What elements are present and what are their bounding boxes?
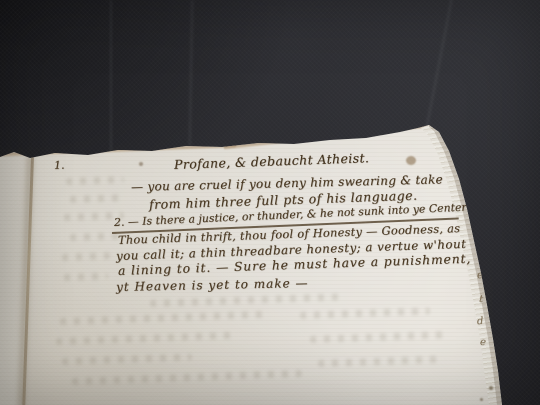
- bleed-through-line: [62, 252, 110, 261]
- deckle-edge: [224, 123, 437, 150]
- item-number: 1.: [54, 159, 65, 172]
- bleed-through-line: [70, 194, 124, 203]
- cloth-crease: [110, 0, 112, 152]
- bleed-through-line: [66, 176, 124, 185]
- bleed-through-line: [64, 272, 108, 281]
- bleed-through-line: [310, 331, 450, 343]
- bleed-through-line: [60, 311, 270, 325]
- ink-stain: [406, 156, 416, 165]
- heading-line: Profane, & debaucht Atheist.: [174, 150, 370, 172]
- manuscript-page: 1. Profane, & debaucht Atheist. — you ar…: [0, 0, 540, 405]
- ink-stain: [139, 162, 143, 166]
- bleed-through-line: [56, 332, 236, 345]
- ink-stain: [480, 398, 483, 401]
- ink-stain: [350, 124, 358, 130]
- deckle-edge: [0, 144, 236, 157]
- cloth-crease: [189, 0, 194, 146]
- fore-edge-letter: t: [479, 294, 484, 305]
- fore-edge-letter: e: [476, 270, 483, 282]
- bleed-through-line: [300, 307, 430, 319]
- bleed-through-line: [150, 293, 340, 307]
- bleed-through-line: [72, 370, 302, 385]
- bleed-through-line: [318, 356, 438, 367]
- ink-stain: [489, 386, 493, 390]
- fore-edge-letter: e: [479, 337, 486, 349]
- photograph: 1. Profane, & debaucht Atheist. — you ar…: [0, 0, 540, 405]
- bleed-through-line: [62, 353, 192, 365]
- manuscript-line: yt Heaven is yet to make —: [116, 276, 309, 294]
- fore-edge-letter: d: [477, 316, 484, 327]
